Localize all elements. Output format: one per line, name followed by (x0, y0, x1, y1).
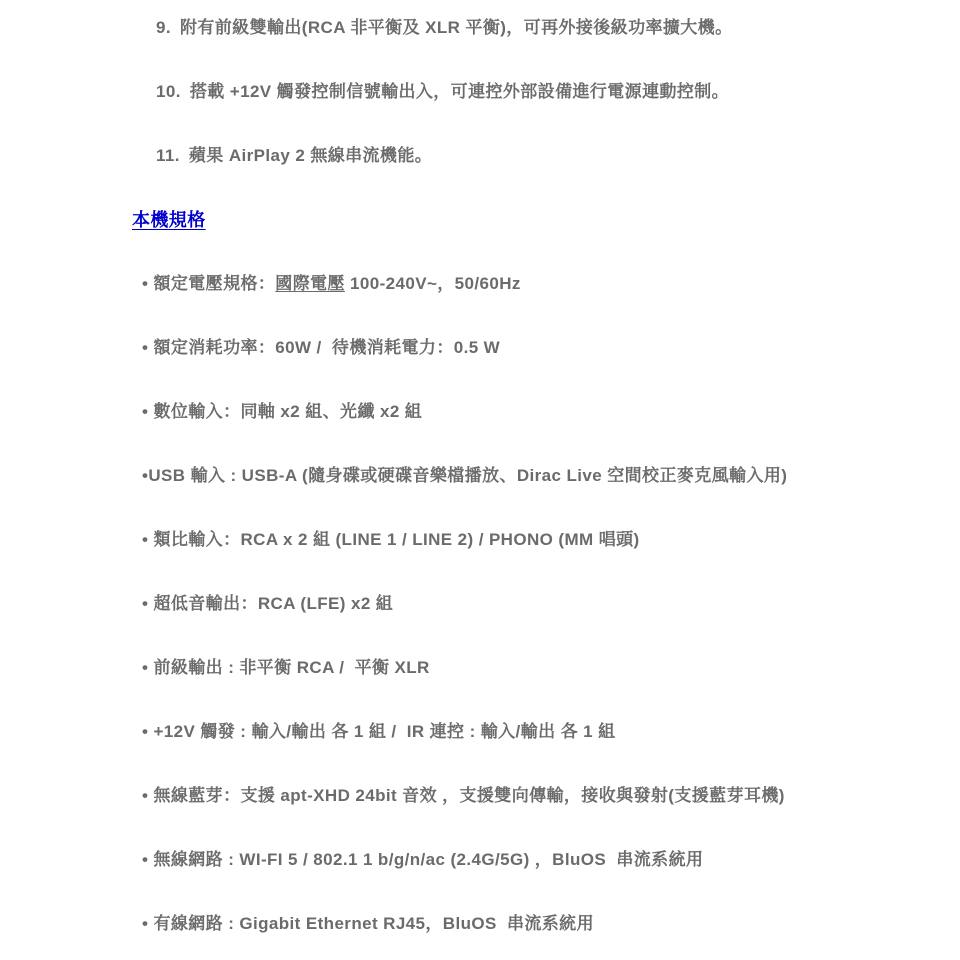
spec-item-text: 無線藍芽：支援 apt-XHD 24bit 音效 ，支援雙向傳輸，接收與發射(支… (153, 786, 784, 805)
bullet-icon: • (142, 914, 153, 933)
spec-item-text: 無線網路 : WI-FI 5 / 802.1 1 b/g/n/ac (2.4G/… (153, 850, 703, 869)
feature-item-text: 搭載 +12V 觸發控制信號輸出入，可連控外部設備進行電源連動控制。 (190, 80, 729, 104)
section-heading: 本機規格 (132, 208, 960, 232)
spec-item-text-continued: 100-240V~，50/60Hz (345, 274, 521, 293)
spec-document: 9.附有前級雙輸出(RCA 非平衡及 XLR 平衡)，可再外接後級功率擴大機。 … (0, 0, 960, 960)
numbered-feature-list: 9.附有前級雙輸出(RCA 非平衡及 XLR 平衡)，可再外接後級功率擴大機。 … (156, 16, 960, 168)
spec-item-text: 類比輸入：RCA x 2 組 (LINE 1 / LINE 2) / PHONO… (153, 530, 639, 549)
bullet-icon: • (142, 850, 153, 869)
spec-item-text: 數位輸入：同軸 x2 組、光纖 x2 組 (153, 402, 422, 421)
spec-list-item: • 額定消耗功率：60W / 待機消耗電力：0.5 W (142, 336, 960, 360)
spec-list-item: • 無線網路 : WI-FI 5 / 802.1 1 b/g/n/ac (2.4… (142, 848, 960, 872)
feature-item-number: 10. (156, 80, 181, 104)
bullet-icon: • (142, 530, 153, 549)
feature-item-text: 附有前級雙輸出(RCA 非平衡及 XLR 平衡)，可再外接後級功率擴大機。 (180, 16, 733, 40)
spec-list-item: • +12V 觸發 : 輸入/輸出 各 1 組 / IR 連控 : 輸入/輸出 … (142, 720, 960, 744)
spec-list-item: •USB 輸入 : USB-A (隨身碟或硬碟音樂檔播放、Dirac Live … (142, 464, 960, 488)
spec-item-text: 前級輸出 : 非平衡 RCA / 平衡 XLR (153, 658, 429, 677)
bullet-icon: • (142, 722, 153, 741)
spec-item-text-underlined: 國際電壓 (275, 274, 345, 293)
bullet-icon: • (142, 786, 153, 805)
bullet-icon: • (142, 338, 153, 357)
spec-list-item: • 類比輸入：RCA x 2 組 (LINE 1 / LINE 2) / PHO… (142, 528, 960, 552)
spec-list-item: • 數位輸入：同軸 x2 組、光纖 x2 組 (142, 400, 960, 424)
feature-item-number: 9. (156, 16, 171, 40)
bullet-icon: • (142, 658, 153, 677)
spec-list-item: • 無線藍芽：支援 apt-XHD 24bit 音效 ，支援雙向傳輸，接收與發射… (142, 784, 960, 808)
spec-item-text: 有線網路 : Gigabit Ethernet RJ45，BluOS 串流系統用 (153, 914, 594, 933)
bullet-icon: • (142, 594, 153, 613)
feature-list-item: 10.搭載 +12V 觸發控制信號輸出入，可連控外部設備進行電源連動控制。 (156, 80, 960, 104)
bullet-icon: • (142, 402, 153, 421)
spec-item-text: 額定電壓規格： (153, 274, 275, 293)
feature-list-item: 11.蘋果 AirPlay 2 無線串流機能。 (156, 144, 960, 168)
spec-item-text: USB 輸入 : USB-A (隨身碟或硬碟音樂檔播放、Dirac Live 空… (148, 466, 787, 485)
spec-item-text: 額定消耗功率：60W / 待機消耗電力：0.5 W (153, 338, 500, 357)
spec-list-item: • 超低音輸出：RCA (LFE) x2 組 (142, 592, 960, 616)
feature-item-text: 蘋果 AirPlay 2 無線串流機能。 (189, 144, 432, 168)
feature-list-item: 9.附有前級雙輸出(RCA 非平衡及 XLR 平衡)，可再外接後級功率擴大機。 (156, 16, 960, 40)
spec-list: • 額定電壓規格：國際電壓 100-240V~，50/60Hz • 額定消耗功率… (142, 272, 960, 936)
spec-list-item: • 前級輸出 : 非平衡 RCA / 平衡 XLR (142, 656, 960, 680)
spec-list-item: • 有線網路 : Gigabit Ethernet RJ45，BluOS 串流系… (142, 912, 960, 936)
spec-item-text: +12V 觸發 : 輸入/輸出 各 1 組 / IR 連控 : 輸入/輸出 各 … (153, 722, 615, 741)
spec-list-item: • 額定電壓規格：國際電壓 100-240V~，50/60Hz (142, 272, 960, 296)
bullet-icon: • (142, 274, 153, 293)
spec-item-text: 超低音輸出：RCA (LFE) x2 組 (153, 594, 393, 613)
feature-item-number: 11. (156, 144, 180, 168)
